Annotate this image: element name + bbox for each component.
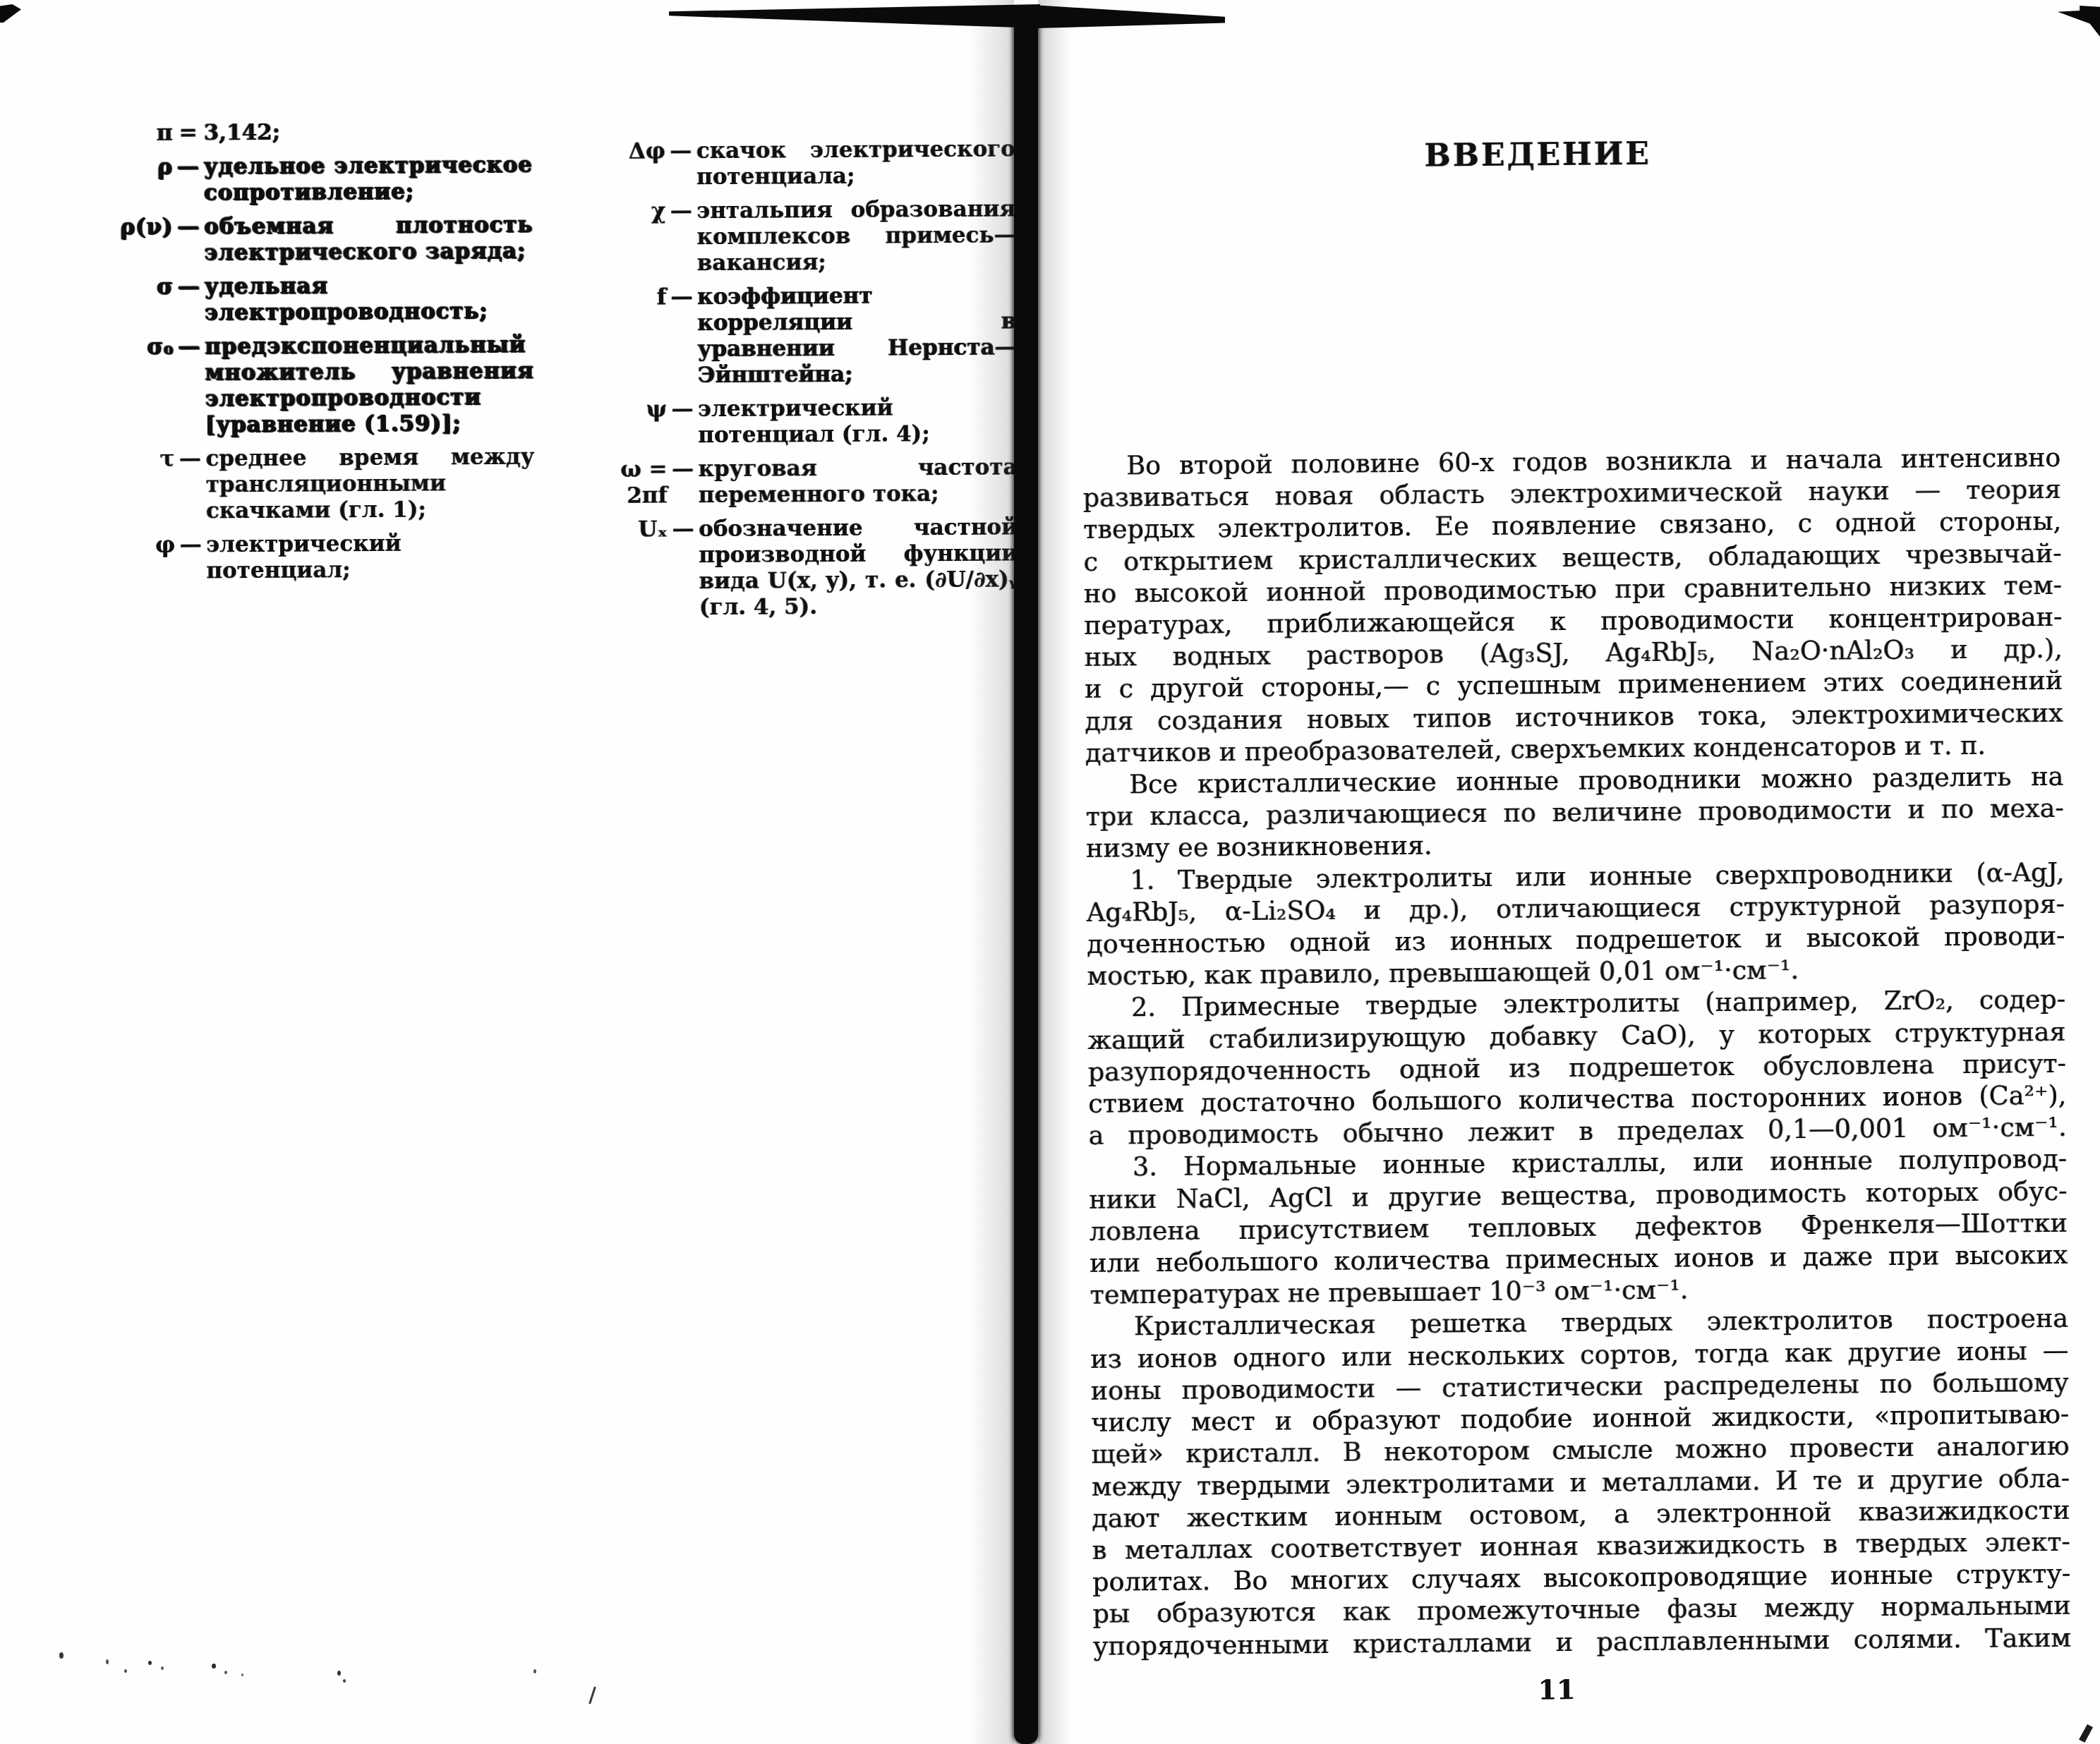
book-scan: π = 3,142; ρ — удельное электрическое со… <box>0 0 2100 1744</box>
pencil-speck <box>161 1666 164 1670</box>
symbol-definition: объемная плотность электрического заряда… <box>204 212 533 267</box>
pencil-speck <box>148 1661 152 1665</box>
symbol-separator: — <box>173 154 204 206</box>
page-curve-shadow-right <box>1038 0 1070 1744</box>
symbols-column-2: Δφ — скачок электрического потенциала; χ… <box>597 136 1018 629</box>
symbol-glyph: ρ(ν) <box>116 214 173 267</box>
symbol-glyph: f <box>598 284 667 389</box>
book-gutter-shadow <box>1014 11 1038 1744</box>
symbols-column-1: π = 3,142; ρ — удельное электрическое со… <box>116 119 535 593</box>
symbol-definition: среднее время между трансляционными скач… <box>205 444 535 525</box>
symbol-separator: — <box>175 532 206 584</box>
body-text: Во второй половине 60-х годов возникла и… <box>1082 442 2071 1662</box>
symbol-glyph: ω = 2πf <box>599 456 667 509</box>
symbol-row: σ — удельная электропроводность; <box>117 272 533 327</box>
symbol-row: ψ — электрический потенциал (гл. 4); <box>599 394 1017 449</box>
symbol-definition: 3,142; <box>203 119 532 147</box>
page-title: ВВЕДЕНИЕ <box>1424 136 1651 174</box>
symbol-glyph: φ <box>119 533 175 585</box>
symbol-row: σ₀ — предэкспоненциальный множитель урав… <box>117 332 534 440</box>
symbol-glyph: χ <box>598 199 666 278</box>
page-curve-shadow-left <box>968 0 1014 1744</box>
symbol-row: Δφ — скачок электрического потенциала; <box>597 136 1015 191</box>
symbol-row: χ — энтальпия образования комплексов при… <box>598 196 1016 277</box>
symbol-row: f — коэффициент корреляции в уравнении Н… <box>598 282 1017 389</box>
symbol-glyph: σ₀ <box>117 334 174 439</box>
pencil-speck <box>106 1659 109 1664</box>
pencil-speck <box>212 1664 216 1669</box>
symbol-row: Uₓ — обозначение частной производной фун… <box>600 514 1018 622</box>
page-number: 11 <box>1538 1673 1622 1705</box>
symbol-separator: = <box>172 120 203 146</box>
pencil-speck <box>241 1673 243 1676</box>
pencil-speck <box>337 1671 341 1676</box>
symbol-row: ω = 2πf — круговая частота переменного т… <box>599 454 1017 509</box>
symbol-separator: — <box>174 334 205 438</box>
symbol-definition: удельное электрическое сопротивление; <box>204 152 533 207</box>
symbol-separator: — <box>173 214 204 266</box>
symbol-glyph: π <box>116 121 172 147</box>
pencil-speck <box>59 1652 64 1659</box>
symbol-definition: удельная электропроводность; <box>205 272 533 327</box>
symbol-row: π = 3,142; <box>116 119 532 147</box>
symbol-row: ρ(ν) — объемная плотность электрического… <box>116 212 533 267</box>
symbol-glyph: ψ <box>599 396 667 449</box>
pencil-speck <box>533 1669 536 1673</box>
right-page: ВВЕДЕНИЕ Во второй половине 60-х годов в… <box>1036 0 2100 1744</box>
symbol-row: τ — среднее время между трансляционными … <box>118 444 535 526</box>
symbol-separator: — <box>174 446 206 524</box>
symbol-definition: предэкспоненциальный множитель уравнения… <box>205 332 534 439</box>
symbol-separator: — <box>667 456 698 509</box>
symbol-row: φ — электрический потенциал; <box>119 531 535 586</box>
symbol-definition: электрический потенциал; <box>206 531 535 585</box>
symbol-separator: — <box>668 516 699 621</box>
pencil-speck <box>343 1679 346 1683</box>
symbol-separator: — <box>665 138 696 190</box>
left-page: π = 3,142; ρ — удельное электрическое со… <box>0 0 1049 1744</box>
symbol-glyph: Δφ <box>597 139 665 192</box>
symbol-separator: — <box>665 198 697 277</box>
symbol-separator: — <box>667 396 698 449</box>
symbol-separator: — <box>666 284 698 389</box>
symbol-glyph: Uₓ <box>600 516 668 622</box>
symbol-glyph: σ <box>117 274 174 327</box>
pencil-speck <box>124 1669 127 1673</box>
symbol-glyph: τ <box>118 447 175 525</box>
symbol-glyph: ρ <box>116 155 173 207</box>
pencil-speck <box>224 1671 227 1674</box>
symbol-row: ρ — удельное электрическое сопротивление… <box>116 152 533 207</box>
symbol-separator: — <box>174 274 205 326</box>
